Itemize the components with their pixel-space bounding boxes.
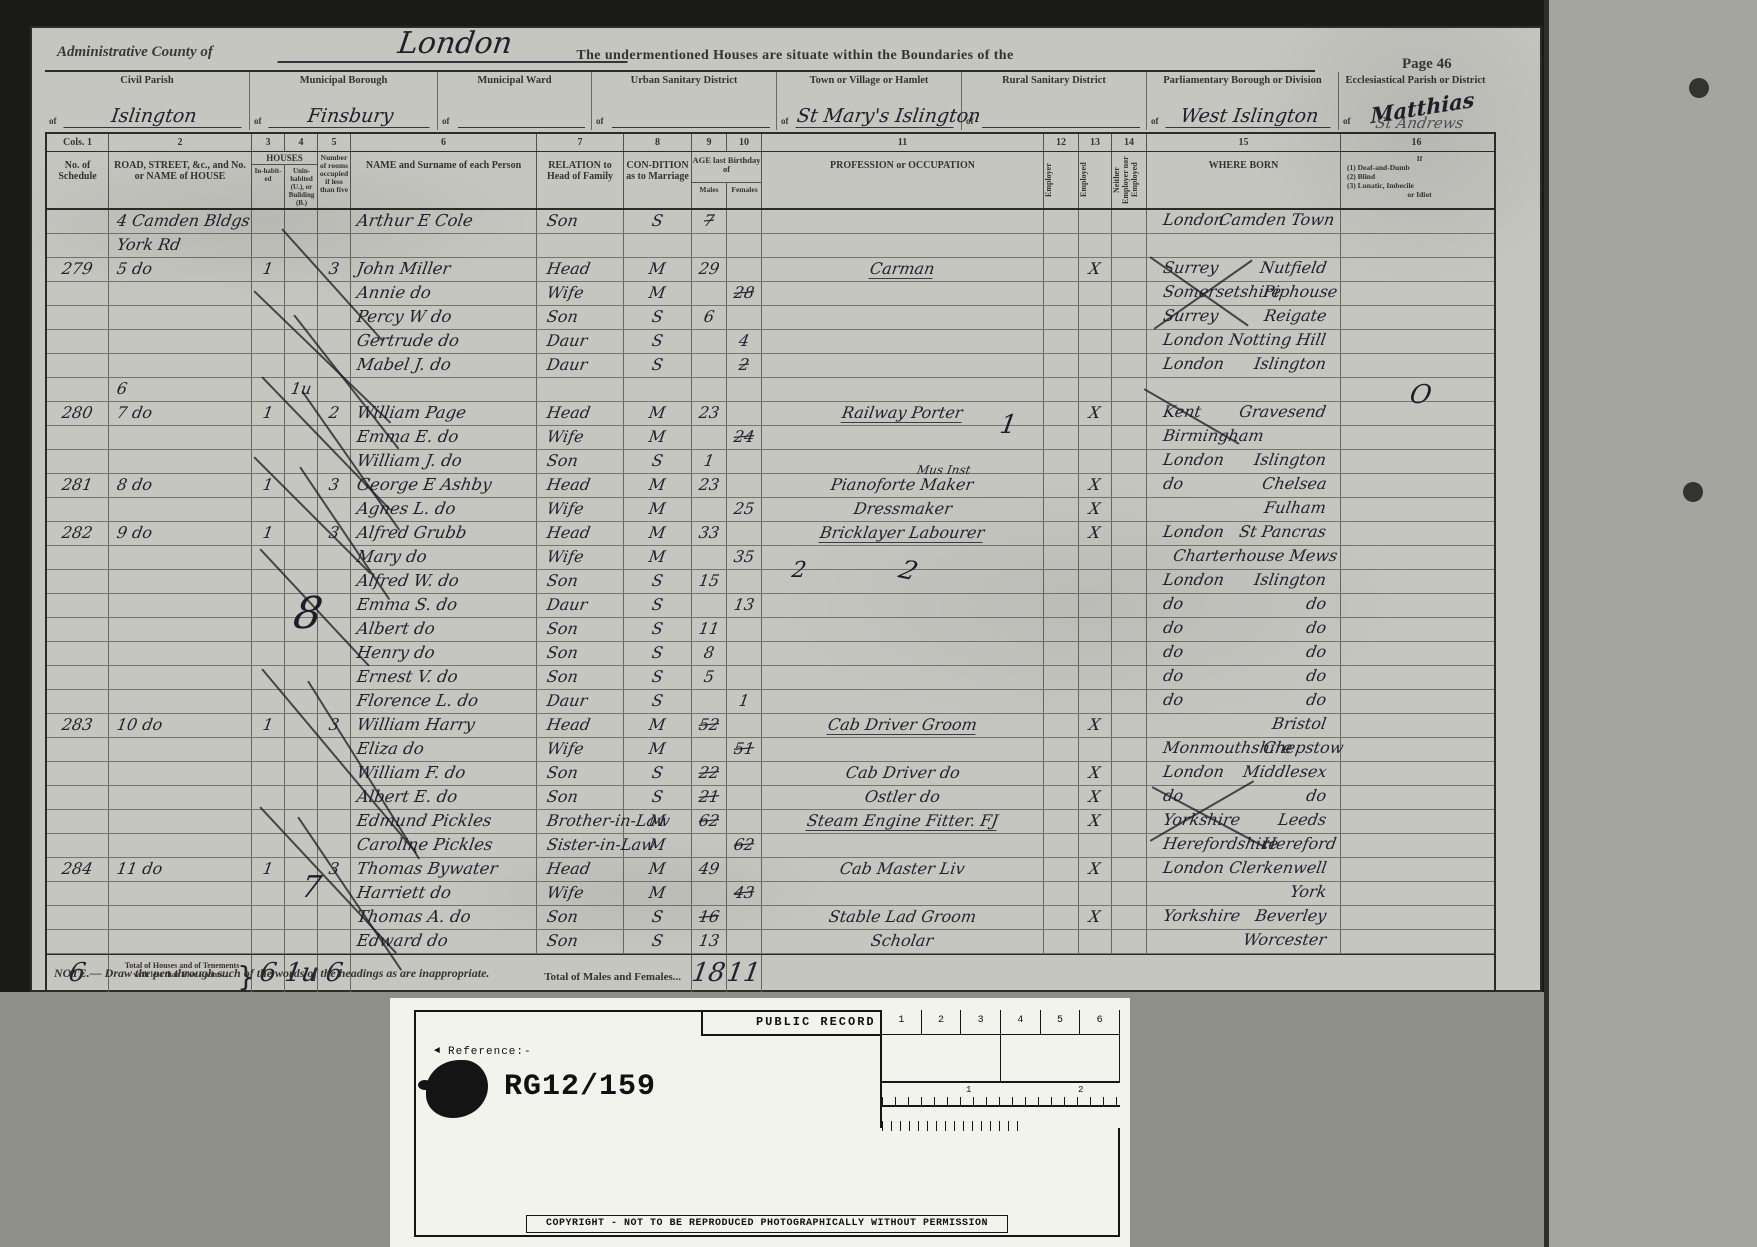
- cell-inh: [252, 570, 285, 593]
- cell-m: 23: [692, 474, 727, 497]
- cell-inf: [1341, 546, 1492, 569]
- cell-cond: M: [624, 474, 692, 497]
- cell-name: Annie do: [351, 282, 537, 305]
- cell-uninh: [285, 210, 318, 233]
- cell-occ: [762, 618, 1044, 641]
- cell-uninh: [285, 786, 318, 809]
- table-row: 2829 do13Alfred GrubbHeadM33Bricklayer L…: [47, 522, 1494, 546]
- cell-born: MonmouthshireChepstow: [1147, 738, 1341, 761]
- cell-cond: S: [624, 594, 692, 617]
- cell-name: Harriett do: [351, 882, 537, 905]
- cell-born: dodo: [1147, 666, 1341, 689]
- cell-emp: [1044, 642, 1079, 665]
- table-row: 2807 do12William PageHeadM23Railway Port…: [47, 402, 1494, 426]
- cell-cond: M: [624, 858, 692, 881]
- cell-born: LondonIslington: [1147, 450, 1341, 473]
- cell-emp: [1044, 882, 1079, 905]
- cell-street: [109, 690, 252, 713]
- cell-name: William F. do: [351, 762, 537, 785]
- cell-m: 29: [692, 258, 727, 281]
- cell-m: [692, 234, 727, 257]
- cell-inf: [1341, 858, 1492, 881]
- cell-rel: Wife: [537, 738, 624, 761]
- cell-street: [109, 930, 252, 953]
- ruler: [882, 1115, 1120, 1131]
- ruler: 1 2: [882, 1083, 1120, 1107]
- cell-street: [109, 882, 252, 905]
- cell-m: [692, 594, 727, 617]
- cell-inh: 1: [252, 402, 285, 425]
- table-row: Caroline PicklesSister-in-LawM62Hereford…: [47, 834, 1494, 858]
- cell-name: Mabel J. do: [351, 354, 537, 377]
- cell-inh: 1: [252, 858, 285, 881]
- cell-nei: [1112, 834, 1147, 857]
- cell-rel: Son: [537, 306, 624, 329]
- cell-emp: [1044, 234, 1079, 257]
- cell-nei: [1112, 210, 1147, 233]
- cell-empd: [1079, 594, 1112, 617]
- cell-empd: [1079, 354, 1112, 377]
- cell-cond: M: [624, 282, 692, 305]
- cell-born: dodo: [1147, 786, 1341, 809]
- cell-emp: [1044, 930, 1079, 953]
- table-row: William F. doSonS22Cab Driver doXLondonM…: [47, 762, 1494, 786]
- cell-sched: [47, 594, 109, 617]
- cell-nei: [1112, 498, 1147, 521]
- cell-emp: [1044, 282, 1079, 305]
- cell-rooms: [318, 210, 351, 233]
- cell-sched: [47, 546, 109, 569]
- cell-m: [692, 546, 727, 569]
- cell-emp: [1044, 714, 1079, 737]
- cell-inh: [252, 210, 285, 233]
- cell-name: Edmund Pickles: [351, 810, 537, 833]
- cell-f: 51: [727, 738, 762, 761]
- table-row: 28310 do13William HarryHeadM52Cab Driver…: [47, 714, 1494, 738]
- cell-name: Thomas Bywater: [351, 858, 537, 881]
- cell-cond: S: [624, 330, 692, 353]
- table-row: Eliza doWifeM51MonmouthshireChepstow: [47, 738, 1494, 762]
- cell-cond: [624, 378, 692, 401]
- cell-sched: [47, 618, 109, 641]
- cell-inf: [1341, 426, 1492, 449]
- district-urban-sanitary: Urban Sanitary District of: [592, 72, 777, 130]
- cell-occ: [762, 666, 1044, 689]
- cell-inh: [252, 594, 285, 617]
- cell-rooms: [318, 930, 351, 953]
- cell-born: SurreyNutfield: [1147, 258, 1341, 281]
- cell-f: [727, 210, 762, 233]
- cell-name: Ernest V. do: [351, 666, 537, 689]
- cell-m: [692, 378, 727, 401]
- heading-infirmities: If (1) Deaf-and-Dumb (2) Blind (3) Lunat…: [1341, 152, 1492, 208]
- cell-nei: [1112, 330, 1147, 353]
- heading-employed: Employed: [1079, 152, 1112, 208]
- column-number-row: Cols. 12 34 56 78 910 1112 1314 1516: [47, 134, 1494, 152]
- census-scan: Administrative County of London The unde…: [0, 0, 1757, 1247]
- cell-emp: [1044, 570, 1079, 593]
- cell-cond: M: [624, 258, 692, 281]
- cell-nei: [1112, 786, 1147, 809]
- cell-empd: [1079, 930, 1112, 953]
- cell-born: dodo: [1147, 594, 1341, 617]
- cell-cond: S: [624, 666, 692, 689]
- municipal-borough-value: Finsbury: [268, 105, 432, 128]
- cell-nei: [1112, 570, 1147, 593]
- cell-inf: [1341, 906, 1492, 929]
- cell-sched: [47, 690, 109, 713]
- cell-emp: [1044, 594, 1079, 617]
- cell-uninh: [285, 642, 318, 665]
- town-village-value: St Mary's Islington: [795, 105, 956, 128]
- footnote: NOTE.— Draw the pen through such of the …: [54, 966, 489, 981]
- cell-emp: [1044, 666, 1079, 689]
- boundary-statement: The undermentioned Houses are situate wi…: [515, 48, 1075, 64]
- cell-m: [692, 354, 727, 377]
- cell-f: [727, 762, 762, 785]
- cell-occ: [762, 594, 1044, 617]
- cell-rel: Head: [537, 858, 624, 881]
- cell-cond: S: [624, 762, 692, 785]
- cell-born: [1147, 234, 1341, 257]
- table-row: 2795 do13John MillerHeadM29CarmanXSurrey…: [47, 258, 1494, 282]
- cell-rooms: [318, 234, 351, 257]
- cell-sched: [47, 282, 109, 305]
- district-parliamentary: Parliamentary Borough or Division of Wes…: [1147, 72, 1339, 130]
- cell-name: [351, 234, 537, 257]
- cell-m: 5: [692, 666, 727, 689]
- cell-occ: Steam Engine Fitter. FJ: [762, 810, 1044, 833]
- cell-street: [109, 642, 252, 665]
- cell-nei: [1112, 882, 1147, 905]
- cell-sched: [47, 450, 109, 473]
- cell-empd: [1079, 738, 1112, 761]
- cell-born: Bristol: [1147, 714, 1341, 737]
- cell-empd: [1079, 234, 1112, 257]
- cell-cond: M: [624, 810, 692, 833]
- cell-name: Emma S. do: [351, 594, 537, 617]
- cell-m: [692, 690, 727, 713]
- cell-f: 62: [727, 834, 762, 857]
- cell-inh: [252, 690, 285, 713]
- reference-number: RG12/159: [504, 1070, 656, 1104]
- cell-m: 62: [692, 810, 727, 833]
- cell-born: SomersetshirePiphouse: [1147, 282, 1341, 305]
- cell-street: 9 do: [109, 522, 252, 545]
- district-town-village: Town or Village or Hamlet of St Mary's I…: [777, 72, 962, 130]
- cell-cond: S: [624, 306, 692, 329]
- cell-street: [109, 786, 252, 809]
- table-row: Alfred W. doSonS15LondonIslington: [47, 570, 1494, 594]
- cell-inf: [1341, 642, 1492, 665]
- cell-nei: [1112, 666, 1147, 689]
- district-municipal-ward: Municipal Ward of: [438, 72, 592, 130]
- cell-sched: [47, 834, 109, 857]
- cell-name: Albert do: [351, 618, 537, 641]
- cell-inf: [1341, 234, 1492, 257]
- cell-empd: X: [1079, 786, 1112, 809]
- cell-m: 8: [692, 642, 727, 665]
- cell-inh: 1: [252, 474, 285, 497]
- cell-rel: Wife: [537, 426, 624, 449]
- heading-neither: Neither Employer nor Employed: [1112, 152, 1147, 208]
- cell-nei: [1112, 810, 1147, 833]
- district-header: Civil Parish of Islington Municipal Boro…: [45, 72, 1492, 130]
- cell-inh: [252, 738, 285, 761]
- cell-empd: [1079, 546, 1112, 569]
- table-row: Florence L. doDaurS1dodo: [47, 690, 1494, 714]
- cell-rooms: [318, 906, 351, 929]
- cell-empd: X: [1079, 762, 1112, 785]
- table-row: Thomas A. doSonS16Stable Lad GroomXYorks…: [47, 906, 1494, 930]
- table-row: 4 Camden BldgsArthur E ColeSonS7LondonCa…: [47, 210, 1494, 234]
- cell-rel: Son: [537, 786, 624, 809]
- cell-emp: [1044, 306, 1079, 329]
- cell-m: 49: [692, 858, 727, 881]
- municipal-ward-value: [458, 127, 585, 128]
- cell-empd: [1079, 450, 1112, 473]
- cell-street: [109, 426, 252, 449]
- cell-f: 28: [727, 282, 762, 305]
- table-row: Percy W doSonS6SurreyReigate: [47, 306, 1494, 330]
- cell-f: 2: [727, 354, 762, 377]
- cell-nei: [1112, 282, 1147, 305]
- cell-inh: [252, 234, 285, 257]
- cell-sched: 284: [47, 858, 109, 881]
- cell-street: [109, 738, 252, 761]
- parliamentary-value: West Islington: [1165, 105, 1333, 128]
- cell-occ: Cab Driver do: [762, 762, 1044, 785]
- page-number: Page 46: [1402, 56, 1452, 73]
- cell-sched: [47, 762, 109, 785]
- cell-f: [727, 810, 762, 833]
- cell-cond: M: [624, 402, 692, 425]
- cell-street: 5 do: [109, 258, 252, 281]
- county-row: Administrative County of London The unde…: [45, 32, 1315, 72]
- cell-street: [109, 666, 252, 689]
- cell-street: [109, 450, 252, 473]
- cell-empd: [1079, 882, 1112, 905]
- cell-f: 25: [727, 498, 762, 521]
- cell-rooms: [318, 762, 351, 785]
- cell-inh: [252, 930, 285, 953]
- cell-inf: [1341, 474, 1492, 497]
- cell-inf: [1341, 354, 1492, 377]
- cell-inh: 1: [252, 258, 285, 281]
- cell-street: [109, 330, 252, 353]
- cell-empd: X: [1079, 906, 1112, 929]
- cell-nei: [1112, 474, 1147, 497]
- cell-inh: [252, 906, 285, 929]
- cell-nei: [1112, 426, 1147, 449]
- cell-sched: [47, 306, 109, 329]
- cell-born: LondonNotting Hill: [1147, 330, 1341, 353]
- cell-sched: 281: [47, 474, 109, 497]
- cell-emp: [1044, 762, 1079, 785]
- cell-empd: [1079, 642, 1112, 665]
- cell-f: 4: [727, 330, 762, 353]
- cell-emp: [1044, 522, 1079, 545]
- cell-nei: [1112, 906, 1147, 929]
- heading-males: Males: [692, 183, 727, 208]
- cell-m: [692, 834, 727, 857]
- cell-rel: Head: [537, 402, 624, 425]
- heading-schedule: No. of Schedule: [47, 152, 109, 208]
- cell-street: 6: [109, 378, 252, 401]
- cell-inf: [1341, 306, 1492, 329]
- cell-f: [727, 450, 762, 473]
- cell-uninh: [285, 282, 318, 305]
- cell-f: [727, 906, 762, 929]
- cell-born: Charterhouse Mews: [1147, 546, 1341, 569]
- cell-cond: S: [624, 618, 692, 641]
- cell-cond: M: [624, 738, 692, 761]
- cell-f: 43: [727, 882, 762, 905]
- cell-inh: [252, 642, 285, 665]
- district-municipal-borough: Municipal Borough of Finsbury: [250, 72, 438, 130]
- cell-inh: [252, 786, 285, 809]
- cell-rel: Daur: [537, 330, 624, 353]
- cell-f: [727, 306, 762, 329]
- cell-emp: [1044, 906, 1079, 929]
- cell-sched: [47, 810, 109, 833]
- cell-f: [727, 786, 762, 809]
- cell-street: [109, 810, 252, 833]
- cell-f: 24: [727, 426, 762, 449]
- cell-sched: [47, 930, 109, 953]
- cell-rooms: [318, 306, 351, 329]
- cell-empd: X: [1079, 402, 1112, 425]
- cell-born: York: [1147, 882, 1341, 905]
- cell-street: [109, 546, 252, 569]
- cell-street: 8 do: [109, 474, 252, 497]
- cell-nei: [1112, 522, 1147, 545]
- cell-cond: S: [624, 690, 692, 713]
- cell-born: Fulham: [1147, 498, 1341, 521]
- cell-cond: S: [624, 906, 692, 929]
- column-heading-row: No. of Schedule ROAD, STREET, &c., and N…: [47, 152, 1494, 210]
- cell-inh: [252, 834, 285, 857]
- table-row: Edward doSonS13ScholarWorcester: [47, 930, 1494, 954]
- census-sheet: Administrative County of London The unde…: [30, 26, 1542, 992]
- cell-occ: [762, 690, 1044, 713]
- cell-nei: [1112, 234, 1147, 257]
- cell-nei: [1112, 546, 1147, 569]
- cell-emp: [1044, 858, 1079, 881]
- measuring-scale: 1 2 3 4 5 6 1 2: [880, 1010, 1120, 1128]
- cell-cond: S: [624, 210, 692, 233]
- cell-name: Percy W do: [351, 306, 537, 329]
- cell-cond: M: [624, 882, 692, 905]
- cell-rel: Wife: [537, 282, 624, 305]
- cell-inh: 1: [252, 522, 285, 545]
- cell-born: LondonIslington: [1147, 570, 1341, 593]
- cell-inh: [252, 330, 285, 353]
- cell-inf: [1341, 762, 1492, 785]
- cell-f: [727, 714, 762, 737]
- cell-rel: Head: [537, 258, 624, 281]
- heading-uninhabited: Unin-habited (U.), or Building (B.): [285, 165, 318, 208]
- cell-m: [692, 282, 727, 305]
- cell-street: [109, 618, 252, 641]
- cell-street: [109, 834, 252, 857]
- heading-females: Females: [727, 183, 762, 208]
- cell-street: 10 do: [109, 714, 252, 737]
- heading-inhabited: In-habit-ed: [252, 165, 285, 208]
- cell-inf: [1341, 210, 1492, 233]
- pro-reference-stamp: PUBLIC RECORD OFFICE ◄ Reference:- RG12/…: [390, 998, 1130, 1247]
- table-row: Gertrude doDaurS4LondonNotting Hill: [47, 330, 1494, 354]
- cell-empd: [1079, 570, 1112, 593]
- cell-inf: [1341, 930, 1492, 953]
- cell-occ: Ostler do: [762, 786, 1044, 809]
- cell-uninh: [285, 906, 318, 929]
- cell-emp: [1044, 546, 1079, 569]
- cell-inh: [252, 618, 285, 641]
- census-rows: 4 Camden BldgsArthur E ColeSonS7LondonCa…: [47, 210, 1494, 954]
- cell-empd: [1079, 306, 1112, 329]
- cell-occ: [762, 282, 1044, 305]
- table-row: Albert E. doSonS21Ostler doXdodo: [47, 786, 1494, 810]
- cell-street: [109, 906, 252, 929]
- cell-f: [727, 930, 762, 953]
- cell-inf: [1341, 882, 1492, 905]
- census-table: Cols. 12 34 56 78 910 1112 1314 1516 No.…: [45, 132, 1496, 1001]
- cell-uninh: [285, 762, 318, 785]
- cell-name: Eliza do: [351, 738, 537, 761]
- cell-nei: [1112, 378, 1147, 401]
- cell-f: [727, 402, 762, 425]
- cell-born: doChelsea: [1147, 474, 1341, 497]
- cell-empd: [1079, 282, 1112, 305]
- cell-name: George E Ashby: [351, 474, 537, 497]
- cell-occ: [762, 354, 1044, 377]
- cell-m: 6: [692, 306, 727, 329]
- cell-empd: X: [1079, 714, 1112, 737]
- cell-street: 11 do: [109, 858, 252, 881]
- cell-nei: [1112, 354, 1147, 377]
- cell-sched: [47, 906, 109, 929]
- cell-sched: 280: [47, 402, 109, 425]
- cell-m: 7: [692, 210, 727, 233]
- cell-rel: Brother-in-Law: [537, 810, 624, 833]
- cell-empd: [1079, 690, 1112, 713]
- cell-rel: Son: [537, 906, 624, 929]
- cell-f: [727, 858, 762, 881]
- heading-age: AGE last Birthday of Males Females: [692, 152, 762, 208]
- cell-f: [727, 666, 762, 689]
- cell-cond: S: [624, 354, 692, 377]
- table-row: Harriett doWifeM43York: [47, 882, 1494, 906]
- cell-born: Worcester: [1147, 930, 1341, 953]
- cell-name: Gertrude do: [351, 330, 537, 353]
- heading-relation: RELATION to Head of Family: [537, 152, 624, 208]
- cell-f: [727, 522, 762, 545]
- table-row: 28411 do13Thomas BywaterHeadM49Cab Maste…: [47, 858, 1494, 882]
- cell-occ: [762, 306, 1044, 329]
- cell-cond: M: [624, 546, 692, 569]
- cell-rooms: [318, 666, 351, 689]
- cell-sched: [47, 642, 109, 665]
- cell-f: [727, 642, 762, 665]
- cell-occ: [762, 834, 1044, 857]
- cell-inf: [1341, 594, 1492, 617]
- cell-m: 1: [692, 450, 727, 473]
- cell-inf: [1341, 498, 1492, 521]
- cell-occ: Scholar: [762, 930, 1044, 953]
- cell-name: William Harry: [351, 714, 537, 737]
- cell-born: dodo: [1147, 690, 1341, 713]
